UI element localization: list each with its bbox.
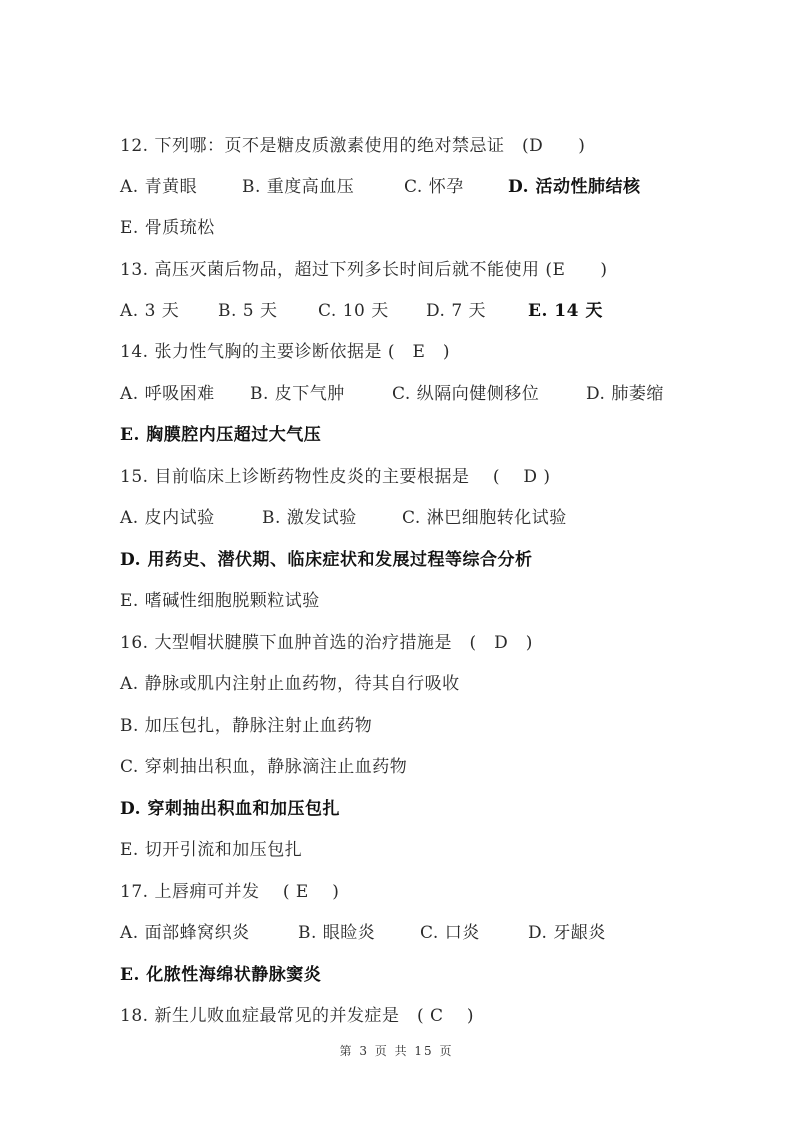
page-number-footer: 第 3 页 共 15 页 <box>0 1042 793 1059</box>
document-page: 12. 下列哪：页不是糖皮质激素使用的绝对禁忌证 (D ) A. 青黄眼 B. … <box>0 0 793 1122</box>
question-13: 13. 高压灭菌后物品，超过下列多长时间后就不能使用 (E ) <box>120 256 608 284</box>
question-16-option-d-answer: D. 穿刺抽出积血和加压包扎 <box>120 795 340 823</box>
option-d: D. 7 天 <box>426 297 486 325</box>
option-d-answer: D. 活动性肺结核 <box>508 173 640 201</box>
question-12-option-e: E. 骨质琉松 <box>120 214 215 242</box>
question-17: 17. 上唇痈可并发 ( E ) <box>120 878 339 906</box>
question-17-option-e-answer: E. 化脓性海绵状静脉窦炎 <box>120 961 321 989</box>
option-d: D. 牙龈炎 <box>528 919 606 947</box>
option-a: A. 面部蜂窝织炎 <box>120 919 250 947</box>
option-b: B. 激发试验 <box>262 504 357 532</box>
question-18: 18. 新生儿败血症最常见的并发症是 ( C ) <box>120 1002 474 1030</box>
question-14: 14. 张力性气胸的主要诊断依据是 ( E ) <box>120 338 450 366</box>
option-a: A. 皮内试验 <box>120 504 215 532</box>
question-16-option-a: A. 静脉或肌内注射止血药物，待其自行吸收 <box>120 670 460 698</box>
option-c: C. 淋巴细胞转化试验 <box>402 504 567 532</box>
question-15-option-d-answer: D. 用药史、潜伏期、临床症状和发展过程等综合分析 <box>120 546 532 574</box>
option-a: A. 呼吸困难 <box>120 380 215 408</box>
option-a: A. 青黄眼 <box>120 173 197 201</box>
option-d: D. 肺萎缩 <box>586 380 664 408</box>
question-16: 16. 大型帽状腱膜下血肿首选的治疗措施是 ( D ) <box>120 629 533 657</box>
question-16-option-e: E. 切开引流和加压包扎 <box>120 836 302 864</box>
option-c: C. 纵隔向健侧移位 <box>392 380 539 408</box>
option-a: A. 3 天 <box>120 297 179 325</box>
option-c: C. 口炎 <box>420 919 480 947</box>
question-15-option-e: E. 嗜碱性细胞脱颗粒试验 <box>120 587 320 615</box>
question-16-option-b: B. 加压包扎，静脉注射止血药物 <box>120 712 372 740</box>
option-b: B. 眼睑炎 <box>298 919 375 947</box>
question-14-option-e-answer: E. 胸膜腔内压超过大气压 <box>120 421 321 449</box>
option-b: B. 重度高血压 <box>242 173 354 201</box>
option-e-answer: E. 14 天 <box>528 297 603 325</box>
question-16-option-c: C. 穿刺抽出积血，静脉滴注止血药物 <box>120 753 407 781</box>
option-b: B. 皮下气肿 <box>250 380 345 408</box>
question-12: 12. 下列哪：页不是糖皮质激素使用的绝对禁忌证 (D ) <box>120 132 585 160</box>
option-b: B. 5 天 <box>218 297 278 325</box>
option-c: C. 怀孕 <box>404 173 464 201</box>
question-15: 15. 目前临床上诊断药物性皮炎的主要根据是 ( D ) <box>120 463 551 491</box>
option-c: C. 10 天 <box>318 297 389 325</box>
